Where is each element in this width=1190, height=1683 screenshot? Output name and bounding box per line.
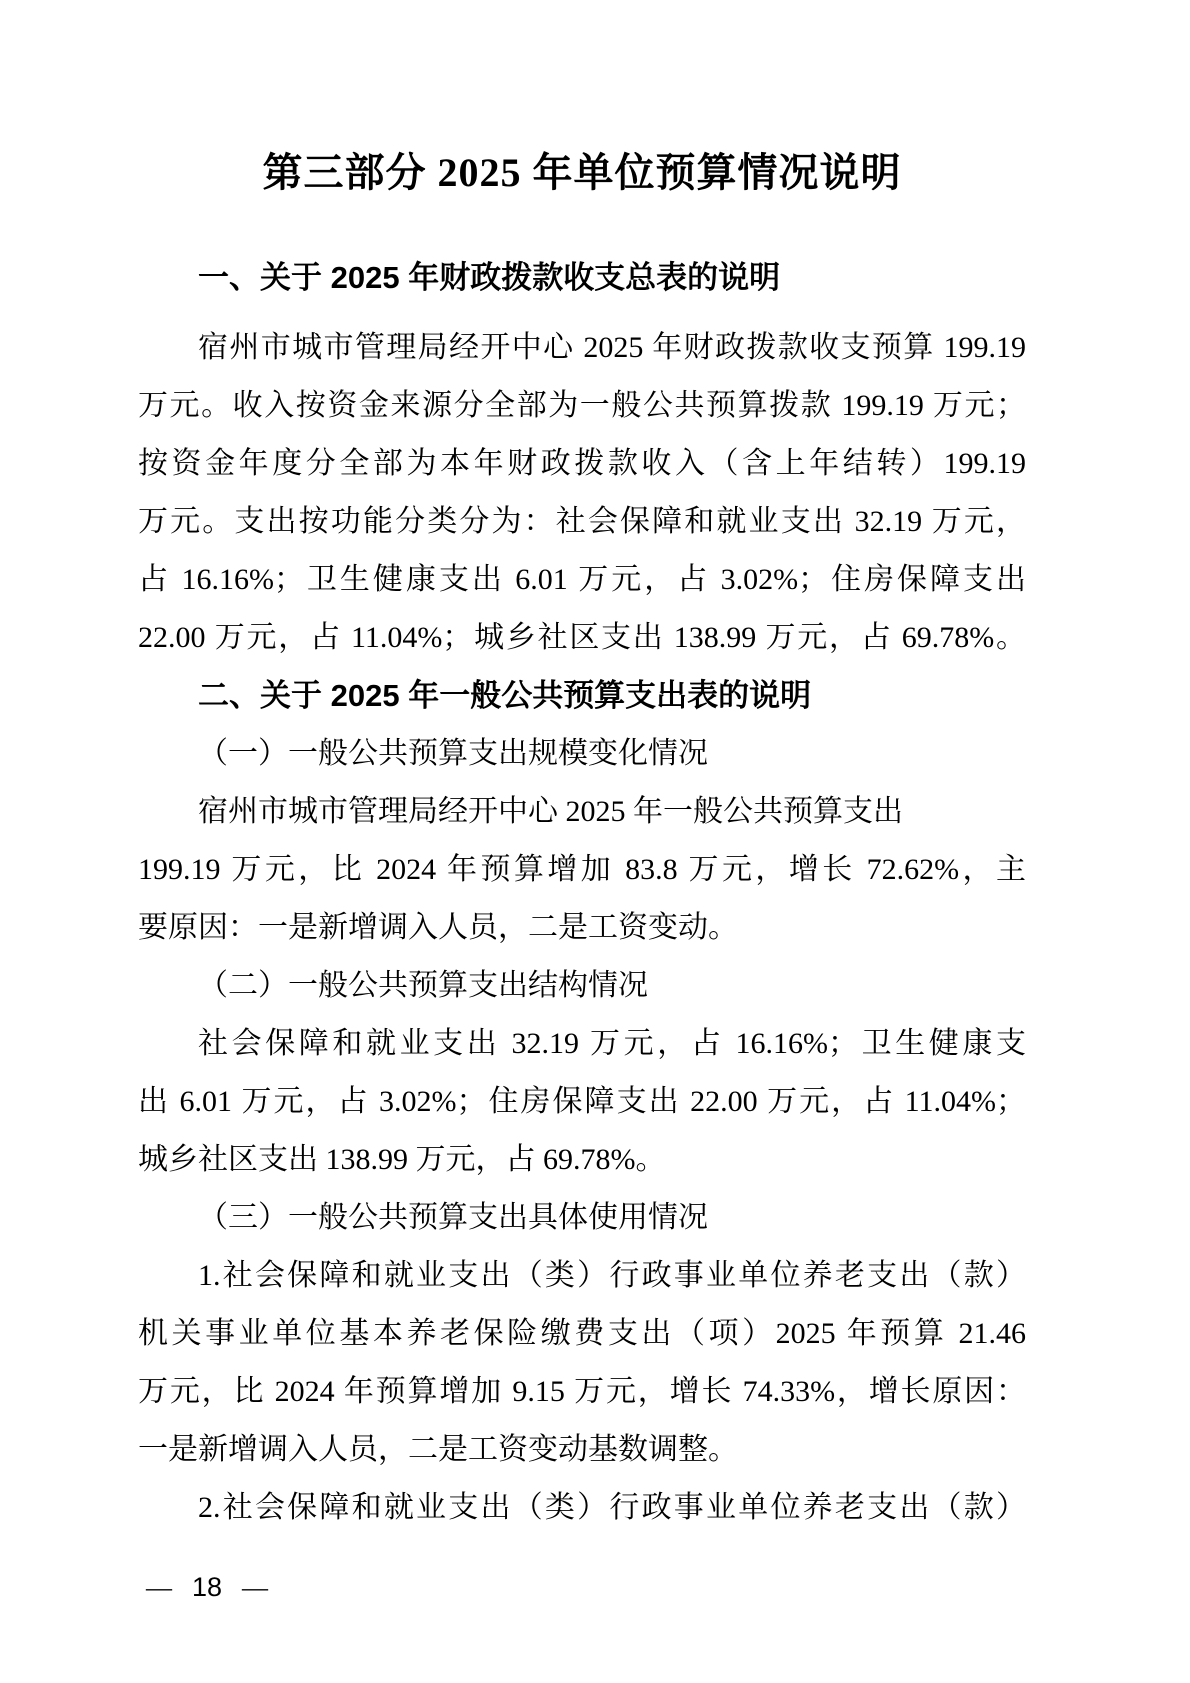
paragraph-line: 城乡社区支出 138.99 万元，占 69.78%。	[138, 1131, 1026, 1189]
subsection-heading-2: （二）一般公共预算支出结构情况	[138, 957, 1026, 1015]
paragraph-line: 社会保障和就业支出 32.19 万元，占 16.16%；卫生健康支	[138, 1015, 1026, 1073]
page-footer: — 18 —	[146, 1572, 268, 1603]
document-content: 第三部分 2025 年单位预算情况说明 一、关于 2025 年财政拨款收支总表的…	[138, 0, 1026, 1537]
paragraph-line: 出 6.01 万元，占 3.02%；住房保障支出 22.00 万元，占 11.0…	[138, 1073, 1026, 1131]
paragraph-line: 22.00 万元，占 11.04%；城乡社区支出 138.99 万元，占 69.…	[138, 609, 1026, 667]
section-heading-2: 二、关于 2025 年一般公共预算支出表的说明	[138, 667, 1026, 725]
subsection-heading-1: （一）一般公共预算支出规模变化情况	[138, 725, 1026, 783]
paragraph-line: 万元。收入按资金来源分全部为一般公共预算拨款 199.19 万元；	[138, 377, 1026, 435]
footer-dash-right: —	[242, 1573, 268, 1603]
document-page: 第三部分 2025 年单位预算情况说明 一、关于 2025 年财政拨款收支总表的…	[0, 0, 1190, 1683]
page-number: 18	[192, 1572, 222, 1603]
document-title: 第三部分 2025 年单位预算情况说明	[138, 143, 1026, 203]
subsection-heading-3: （三）一般公共预算支出具体使用情况	[138, 1189, 1026, 1247]
paragraph-line: 万元，比 2024 年预算增加 9.15 万元，增长 74.33%，增长原因：	[138, 1363, 1026, 1421]
paragraph-line: 199.19 万元，比 2024 年预算增加 83.8 万元，增长 72.62%…	[138, 841, 1026, 899]
paragraph-line: 万元。支出按功能分类分为：社会保障和就业支出 32.19 万元，	[138, 493, 1026, 551]
paragraph-line: 一是新增调入人员，二是工资变动基数调整。	[138, 1421, 1026, 1479]
paragraph-line: 占 16.16%；卫生健康支出 6.01 万元，占 3.02%；住房保障支出	[138, 551, 1026, 609]
paragraph-line: 要原因：一是新增调入人员，二是工资变动。	[138, 899, 1026, 957]
paragraph-line: 1.社会保障和就业支出（类）行政事业单位养老支出（款）	[138, 1247, 1026, 1305]
paragraph-line: 按资金年度分全部为本年财政拨款收入（含上年结转）199.19	[138, 435, 1026, 493]
paragraph-line: 2.社会保障和就业支出（类）行政事业单位养老支出（款）	[138, 1479, 1026, 1537]
paragraph-line: 机关事业单位基本养老保险缴费支出（项）2025 年预算 21.46	[138, 1305, 1026, 1363]
paragraph-line: 宿州市城市管理局经开中心 2025 年财政拨款收支预算 199.19	[138, 319, 1026, 377]
paragraph-line: 宿州市城市管理局经开中心 2025 年一般公共预算支出	[138, 783, 1026, 841]
footer-dash-left: —	[146, 1573, 172, 1603]
section-heading-1: 一、关于 2025 年财政拨款收支总表的说明	[138, 249, 1026, 307]
